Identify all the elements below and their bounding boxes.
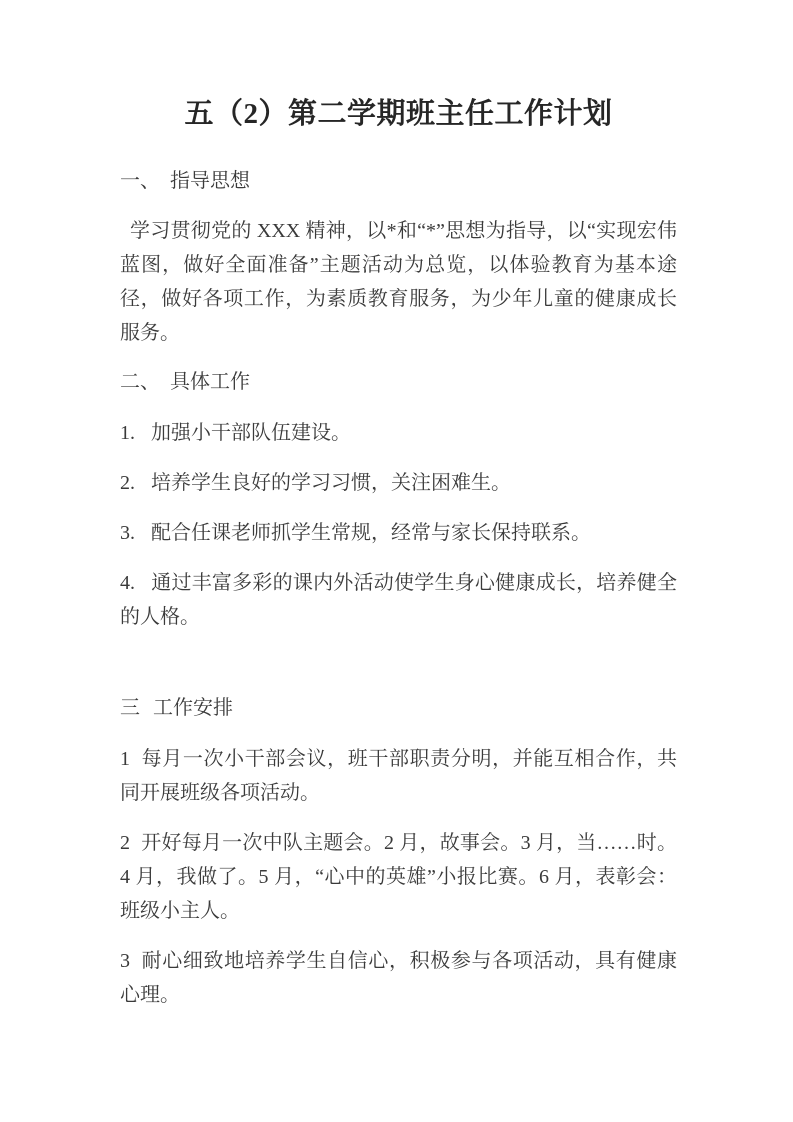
paragraph-guiding-ideology: 学习贯彻党的 XXX 精神，以*和“*”思想为指导，以“实现宏伟蓝图，做好全面准… <box>120 214 677 350</box>
list-item: 3耐心细致地培养学生自信心，积极参与各项活动，具有健康心理。 <box>120 944 677 1012</box>
list-item-marker: 3. <box>120 516 151 550</box>
section-marker: 二、 <box>120 365 170 400</box>
section-heading-text: 具体工作 <box>170 371 250 393</box>
section-marker: 三 <box>120 691 153 726</box>
list-item-marker: 1. <box>120 416 151 450</box>
list-item-marker: 4. <box>120 566 151 600</box>
document-title: 五（2）第二学期班主任工作计划 <box>120 93 677 135</box>
list-item-marker: 1 <box>120 742 141 776</box>
list-item-marker: 2. <box>120 466 151 500</box>
list-item-text: 加强小干部队伍建设。 <box>151 422 351 444</box>
list-item-marker: 2 <box>120 826 141 860</box>
list-item: 1.加强小干部队伍建设。 <box>120 416 677 450</box>
list-item: 4.通过丰富多彩的课内外活动使学生身心健康成长，培养健全的人格。 <box>120 566 677 634</box>
document-page: 五（2）第二学期班主任工作计划 一、指导思想 学习贯彻党的 XXX 精神，以*和… <box>0 0 793 1122</box>
list-item: 2开好每月一次中队主题会。2 月，故事会。3 月，当……时。4 月，我做了。5 … <box>120 826 677 928</box>
list-item-text: 每月一次小干部会议，班干部职责分明，并能互相合作，共同开展班级各项活动。 <box>120 748 677 804</box>
list-item-text: 开好每月一次中队主题会。2 月，故事会。3 月，当……时。4 月，我做了。5 月… <box>120 832 677 922</box>
list-item-text: 培养学生良好的学习习惯，关注困难生。 <box>151 472 511 494</box>
section-heading-specific-work: 二、具体工作 <box>120 365 677 400</box>
list-item: 1每月一次小干部会议，班干部职责分明，并能互相合作，共同开展班级各项活动。 <box>120 742 677 810</box>
section-heading-guiding-ideology: 一、指导思想 <box>120 164 677 199</box>
section-marker: 一、 <box>120 164 170 199</box>
list-item-marker: 3 <box>120 944 141 978</box>
section-heading-text: 工作安排 <box>153 697 233 719</box>
list-item: 2.培养学生良好的学习习惯，关注困难生。 <box>120 466 677 500</box>
list-item-text: 耐心细致地培养学生自信心，积极参与各项活动，具有健康心理。 <box>120 950 677 1006</box>
list-item-text: 配合任课老师抓学生常规，经常与家长保持联系。 <box>151 522 591 544</box>
list-item-text: 通过丰富多彩的课内外活动使学生身心健康成长，培养健全的人格。 <box>120 572 677 628</box>
list-item: 3.配合任课老师抓学生常规，经常与家长保持联系。 <box>120 516 677 550</box>
section-heading-text: 指导思想 <box>170 170 250 192</box>
section-heading-work-arrangement: 三工作安排 <box>120 691 677 726</box>
